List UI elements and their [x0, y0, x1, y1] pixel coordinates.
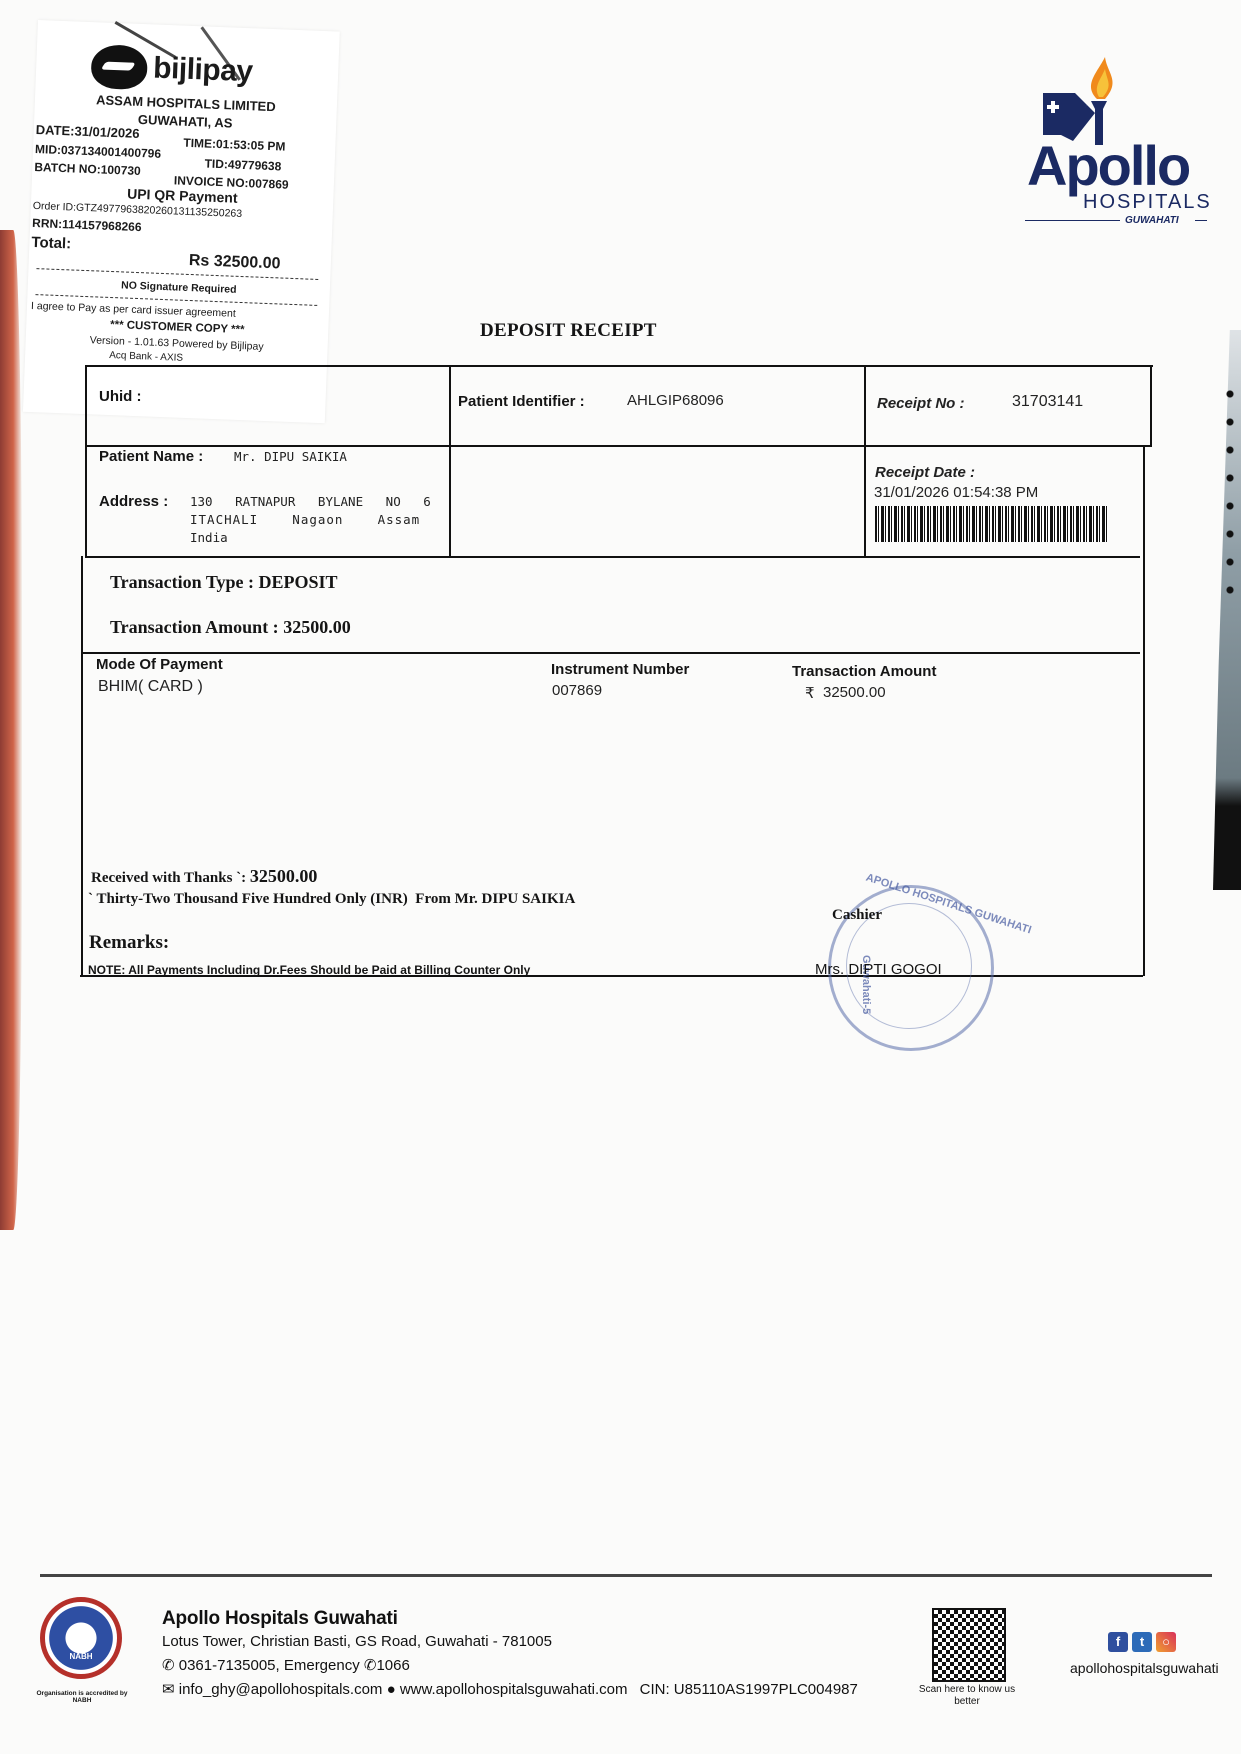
address-line-1: 130 RATNAPUR BYLANE NO 6 [190, 494, 431, 509]
footer-cin: CIN: U85110AS1997PLC004987 [640, 1681, 858, 1698]
facebook-icon[interactable]: f [1108, 1632, 1128, 1652]
apollo-wordmark: Apollo [1027, 133, 1189, 198]
payment-mode: BHIM( CARD ) [98, 678, 203, 696]
received-line: Received with Thanks `: 32500.00 [91, 866, 317, 887]
transaction-type: Transaction Type : DEPOSIT [110, 572, 338, 593]
patient-identifier-value: AHLGIP68096 [627, 392, 724, 409]
transaction-type-value: DEPOSIT [259, 572, 338, 592]
transaction-amount-value: 32500.00 [283, 617, 351, 637]
document-title: DEPOSIT RECEIPT [480, 320, 657, 342]
footer-website[interactable]: www.apollohospitalsguwahati.com [400, 1681, 628, 1698]
social-handle[interactable]: apollohospitalsguwahati [1070, 1660, 1219, 1676]
social-icons: f t ○ [1108, 1632, 1176, 1652]
photo-edge-dots [1223, 380, 1237, 600]
apollo-city: GUWAHATI [1125, 215, 1179, 226]
phone-icon: ✆ [364, 1657, 377, 1674]
received-amount: 32500.00 [250, 866, 318, 886]
uhid-label: Uhid : [99, 388, 142, 405]
footer-phone-line: ✆ 0361-7135005, Emergency ✆1066 [162, 1656, 410, 1674]
billing-note: NOTE: All Payments Including Dr.Fees Sho… [88, 963, 530, 977]
transaction-type-label: Transaction Type : [110, 572, 254, 592]
amount-in-words: ` Thirty-Two Thousand Five Hundred Only … [88, 891, 575, 908]
instrument-number: 007869 [552, 682, 602, 699]
rupee-icon: ₹ [805, 684, 815, 702]
col-header-amount: Transaction Amount [792, 663, 936, 680]
footer-contact-line: ✉ info_ghy@apollohospitals.com ● www.apo… [162, 1680, 858, 1698]
receipt-no-label: Receipt No : [877, 395, 965, 412]
divider [1195, 220, 1207, 221]
receipt-date-value: 31/01/2026 01:54:38 PM [874, 484, 1038, 501]
patient-identifier-label: Patient Identifier : [458, 393, 585, 410]
bijlipay-logo-icon [90, 44, 148, 90]
photo-edge-left [0, 230, 22, 1230]
receipt-no-value: 31703141 [1012, 393, 1083, 411]
qr-code[interactable] [932, 1608, 1006, 1682]
transaction-amount: Transaction Amount : 32500.00 [110, 617, 351, 638]
address-line-2: ITACHALI Nagaon Assam [190, 512, 420, 527]
phone-icon: ✆ [162, 1657, 175, 1674]
slip-total-value: Rs 32500.00 [189, 252, 281, 274]
globe-icon: ● [387, 1681, 396, 1698]
slip-rrn: RRN:114157968266 [32, 216, 142, 234]
patient-name-value: Mr. DIPU SAIKIA [234, 449, 347, 464]
footer-phone: 0361-7135005, Emergency [179, 1657, 360, 1674]
nabh-badge-text: NABH [45, 1652, 117, 1661]
bijlipay-logo: bijlipay [90, 44, 253, 94]
slip-time: TIME:01:53:05 PM [183, 136, 285, 154]
divider [1025, 220, 1120, 221]
twitter-icon[interactable]: t [1132, 1632, 1152, 1652]
received-label: Received with Thanks `: [91, 870, 246, 886]
slip-tid: TID:49779638 [204, 157, 281, 174]
patient-name-label: Patient Name : [99, 448, 203, 465]
footer-address: Lotus Tower, Christian Basti, GS Road, G… [162, 1633, 552, 1650]
slip-batch: BATCH NO:100730 [34, 160, 141, 178]
footer-email[interactable]: info_ghy@apollohospitals.com [179, 1681, 383, 1698]
bijlipay-wordmark: bijlipay [153, 51, 254, 89]
slip-acq-bank: Acq Bank - AXIS [109, 350, 183, 364]
apollo-emblem-icon [1025, 55, 1225, 145]
remarks-label: Remarks: [89, 932, 169, 954]
col-header-mode: Mode Of Payment [96, 656, 223, 673]
apollo-subtitle: HOSPITALS [1083, 191, 1212, 214]
instagram-icon[interactable]: ○ [1156, 1632, 1176, 1652]
cashier-label: Cashier [832, 907, 882, 924]
qr-label: Scan here to know us better [915, 1684, 1019, 1708]
slip-mid: MID:037134001400796 [35, 142, 162, 161]
transaction-amount-label: Transaction Amount : [110, 617, 279, 637]
nabh-badge-icon: NABH [40, 1597, 122, 1679]
receipt-date-label: Receipt Date : [875, 464, 975, 481]
address-label: Address : [99, 493, 168, 510]
slip-total-label: Total: [31, 234, 71, 253]
accreditation-text: Organisation is accredited by NABH [32, 1690, 132, 1704]
email-icon: ✉ [162, 1681, 175, 1698]
footer-divider [40, 1574, 1212, 1577]
apollo-logo: Apollo HOSPITALS GUWAHATI [1025, 55, 1225, 235]
col-header-instrument: Instrument Number [551, 661, 689, 678]
footer-emergency: 1066 [376, 1657, 409, 1674]
address-line-3: India [190, 530, 228, 545]
payment-slip: bijlipay ASSAM HOSPITALS LIMITED GUWAHAT… [23, 20, 340, 423]
footer-hospital-name: Apollo Hospitals Guwahati [162, 1608, 398, 1630]
slip-date: DATE:31/01/2026 [36, 122, 140, 141]
receipt-barcode [875, 506, 1108, 542]
payment-amount: 32500.00 [823, 684, 886, 701]
cashier-name: Mrs. DIPTI GOGOI [815, 961, 942, 978]
